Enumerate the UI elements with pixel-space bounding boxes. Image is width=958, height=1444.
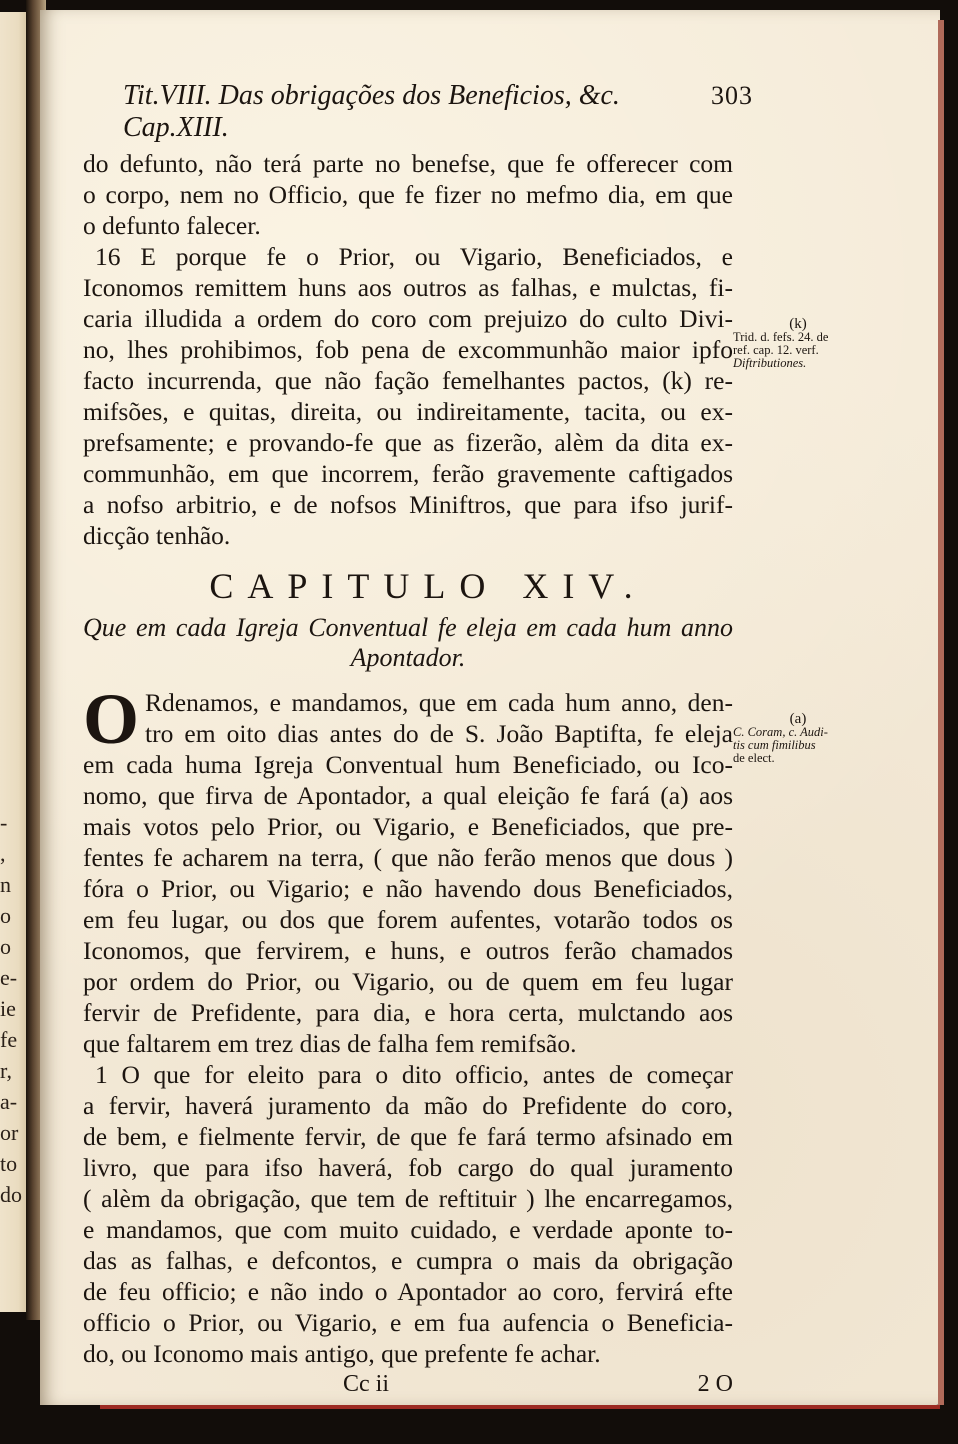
text-line: do, ou Iconomo mais antigo, que prefente… xyxy=(83,1338,733,1369)
page-footer: Cc ii 2 O xyxy=(83,1371,733,1398)
previous-page-fragment: o xyxy=(0,936,11,958)
page-edge xyxy=(938,20,944,1405)
book-page: Tit.VIII. Das obrigações dos Beneficios,… xyxy=(40,10,940,1405)
text-line: de feu officio; e não indo o Apontador a… xyxy=(83,1276,733,1307)
text-line: tro em oito dias antes do de S. João Bap… xyxy=(83,718,733,749)
text-line: das as falhas, e defcontos, e cumpra o m… xyxy=(83,1245,733,1276)
previous-page-fragment: n xyxy=(0,874,11,896)
text-line: fóra o Prior, ou Vigario; e não havendo … xyxy=(83,873,733,904)
previous-page-fragment: - xyxy=(0,812,7,834)
text-line: em cada huma Igreja Conventual hum Benef… xyxy=(83,749,733,780)
text-line: Iconomos remittem huns aos outros as fal… xyxy=(83,272,733,303)
previous-page-fragment: ie xyxy=(0,998,16,1020)
margin-note-k: (k) Trid. d. fefs. 24. de ref. cap. 12. … xyxy=(733,318,863,370)
chapter-14-text: O Rdenamos, e mandamos, que em cada hum … xyxy=(83,687,733,1369)
text-line: 1 O que for eleito para o dito officio, … xyxy=(83,1059,733,1090)
text-line: mais votos pelo Prior, ou Vigario, e Ben… xyxy=(83,811,733,842)
catchword: 2 O xyxy=(698,1371,733,1398)
text-line: livro, que para ifso haverá, fob cargo d… xyxy=(83,1152,733,1183)
note-line: de elect. xyxy=(733,752,863,765)
running-head: Tit.VIII. Das obrigações dos Beneficios,… xyxy=(123,80,753,144)
text-line: fentes fe acharem na terra, ( que não fe… xyxy=(83,842,733,873)
chapter-title: CAPITULO XIV. xyxy=(83,565,733,607)
drop-cap: O xyxy=(83,689,139,749)
previous-page-fragment: o xyxy=(0,905,11,927)
text-line: do defunto, não terá parte no benefse, q… xyxy=(83,148,733,179)
text-line: que faltarem em trez dias de falha fem r… xyxy=(83,1028,733,1059)
text-line: Iconomos, que fervirem, e huns, e outros… xyxy=(83,935,733,966)
text-line: caria illudida a ordem do coro com preju… xyxy=(83,303,733,334)
previous-page-fragment: or xyxy=(0,1122,18,1144)
text-line: officio o Prior, ou Vigario, e em fua au… xyxy=(83,1307,733,1338)
text-line: communhão, em que incorrem, ferão gravem… xyxy=(83,458,733,489)
note-line: Diftributiones. xyxy=(733,357,863,370)
previous-page-fragment: fe xyxy=(0,1029,17,1051)
previous-page-fragment: to xyxy=(0,1153,17,1175)
text-line: de bem, e fielmente fervir, de que fe fa… xyxy=(83,1121,733,1152)
text-line: por ordem do Prior, ou Vigario, ou de qu… xyxy=(83,966,733,997)
text-line: a nofso arbitrio, e de nofsos Miniftros,… xyxy=(83,489,733,520)
text-line: 16 E porque fe o Prior, ou Vigario, Bene… xyxy=(83,241,733,272)
text-line: fervir de Prefidente, para dia, e hora c… xyxy=(83,997,733,1028)
page-bottom-edge xyxy=(100,1405,940,1409)
text-line: ( alèm da obrigação, que tem de reftitui… xyxy=(83,1183,733,1214)
signature-mark: Cc ii xyxy=(343,1371,389,1398)
text-line: o defunto falecer. xyxy=(83,210,733,241)
previous-page-fragment: r, xyxy=(0,1060,12,1082)
previous-page-margin: -,nooe-iefer,a-ortodo xyxy=(0,12,26,1312)
page-content: Tit.VIII. Das obrigações dos Beneficios,… xyxy=(83,80,733,1398)
chapter-subtitle-line: Apontador. xyxy=(351,643,466,672)
text-line: a fervir, haverá juramento da mão do Pre… xyxy=(83,1090,733,1121)
margin-note-a: (a) C. Coram, c. Audi- tis cum fimilibus… xyxy=(733,713,863,765)
section-16-text: do defunto, não terá parte no benefse, q… xyxy=(83,148,733,551)
chapter-subtitle: Que em cada Igreja Conventual fe eleja e… xyxy=(83,613,733,673)
text-line: prefsamente; e provando-fe que as fizerã… xyxy=(83,427,733,458)
chapter-subtitle-line: Que em cada Igreja Conventual fe eleja e… xyxy=(83,613,733,643)
text-line: mifsões, e quitas, direita, ou indireita… xyxy=(83,396,733,427)
text-line: Rdenamos, e mandamos, que em cada hum an… xyxy=(83,687,733,718)
previous-page-fragment: e- xyxy=(0,967,17,989)
previous-page-fragment: do xyxy=(0,1184,22,1206)
page-number: 303 xyxy=(711,81,753,111)
text-line: em feu lugar, ou dos que forem aufentes,… xyxy=(83,904,733,935)
previous-page-fragment: a- xyxy=(0,1091,17,1113)
text-line: facto incurrenda, que não fação femelhan… xyxy=(83,365,733,396)
text-line: dicção tenhão. xyxy=(83,520,733,551)
text-line: nomo, que firva de Apontador, a qual ele… xyxy=(83,780,733,811)
text-line: e mandamos, que com muito cuidado, e ver… xyxy=(83,1214,733,1245)
running-head-title: Tit.VIII. Das obrigações dos Beneficios,… xyxy=(123,80,711,144)
text-line: no, lhes prohibimos, fob pena de excommu… xyxy=(83,334,733,365)
previous-page-fragment: , xyxy=(0,843,6,865)
text-line: o corpo, nem no Officio, que fe fizer no… xyxy=(83,179,733,210)
